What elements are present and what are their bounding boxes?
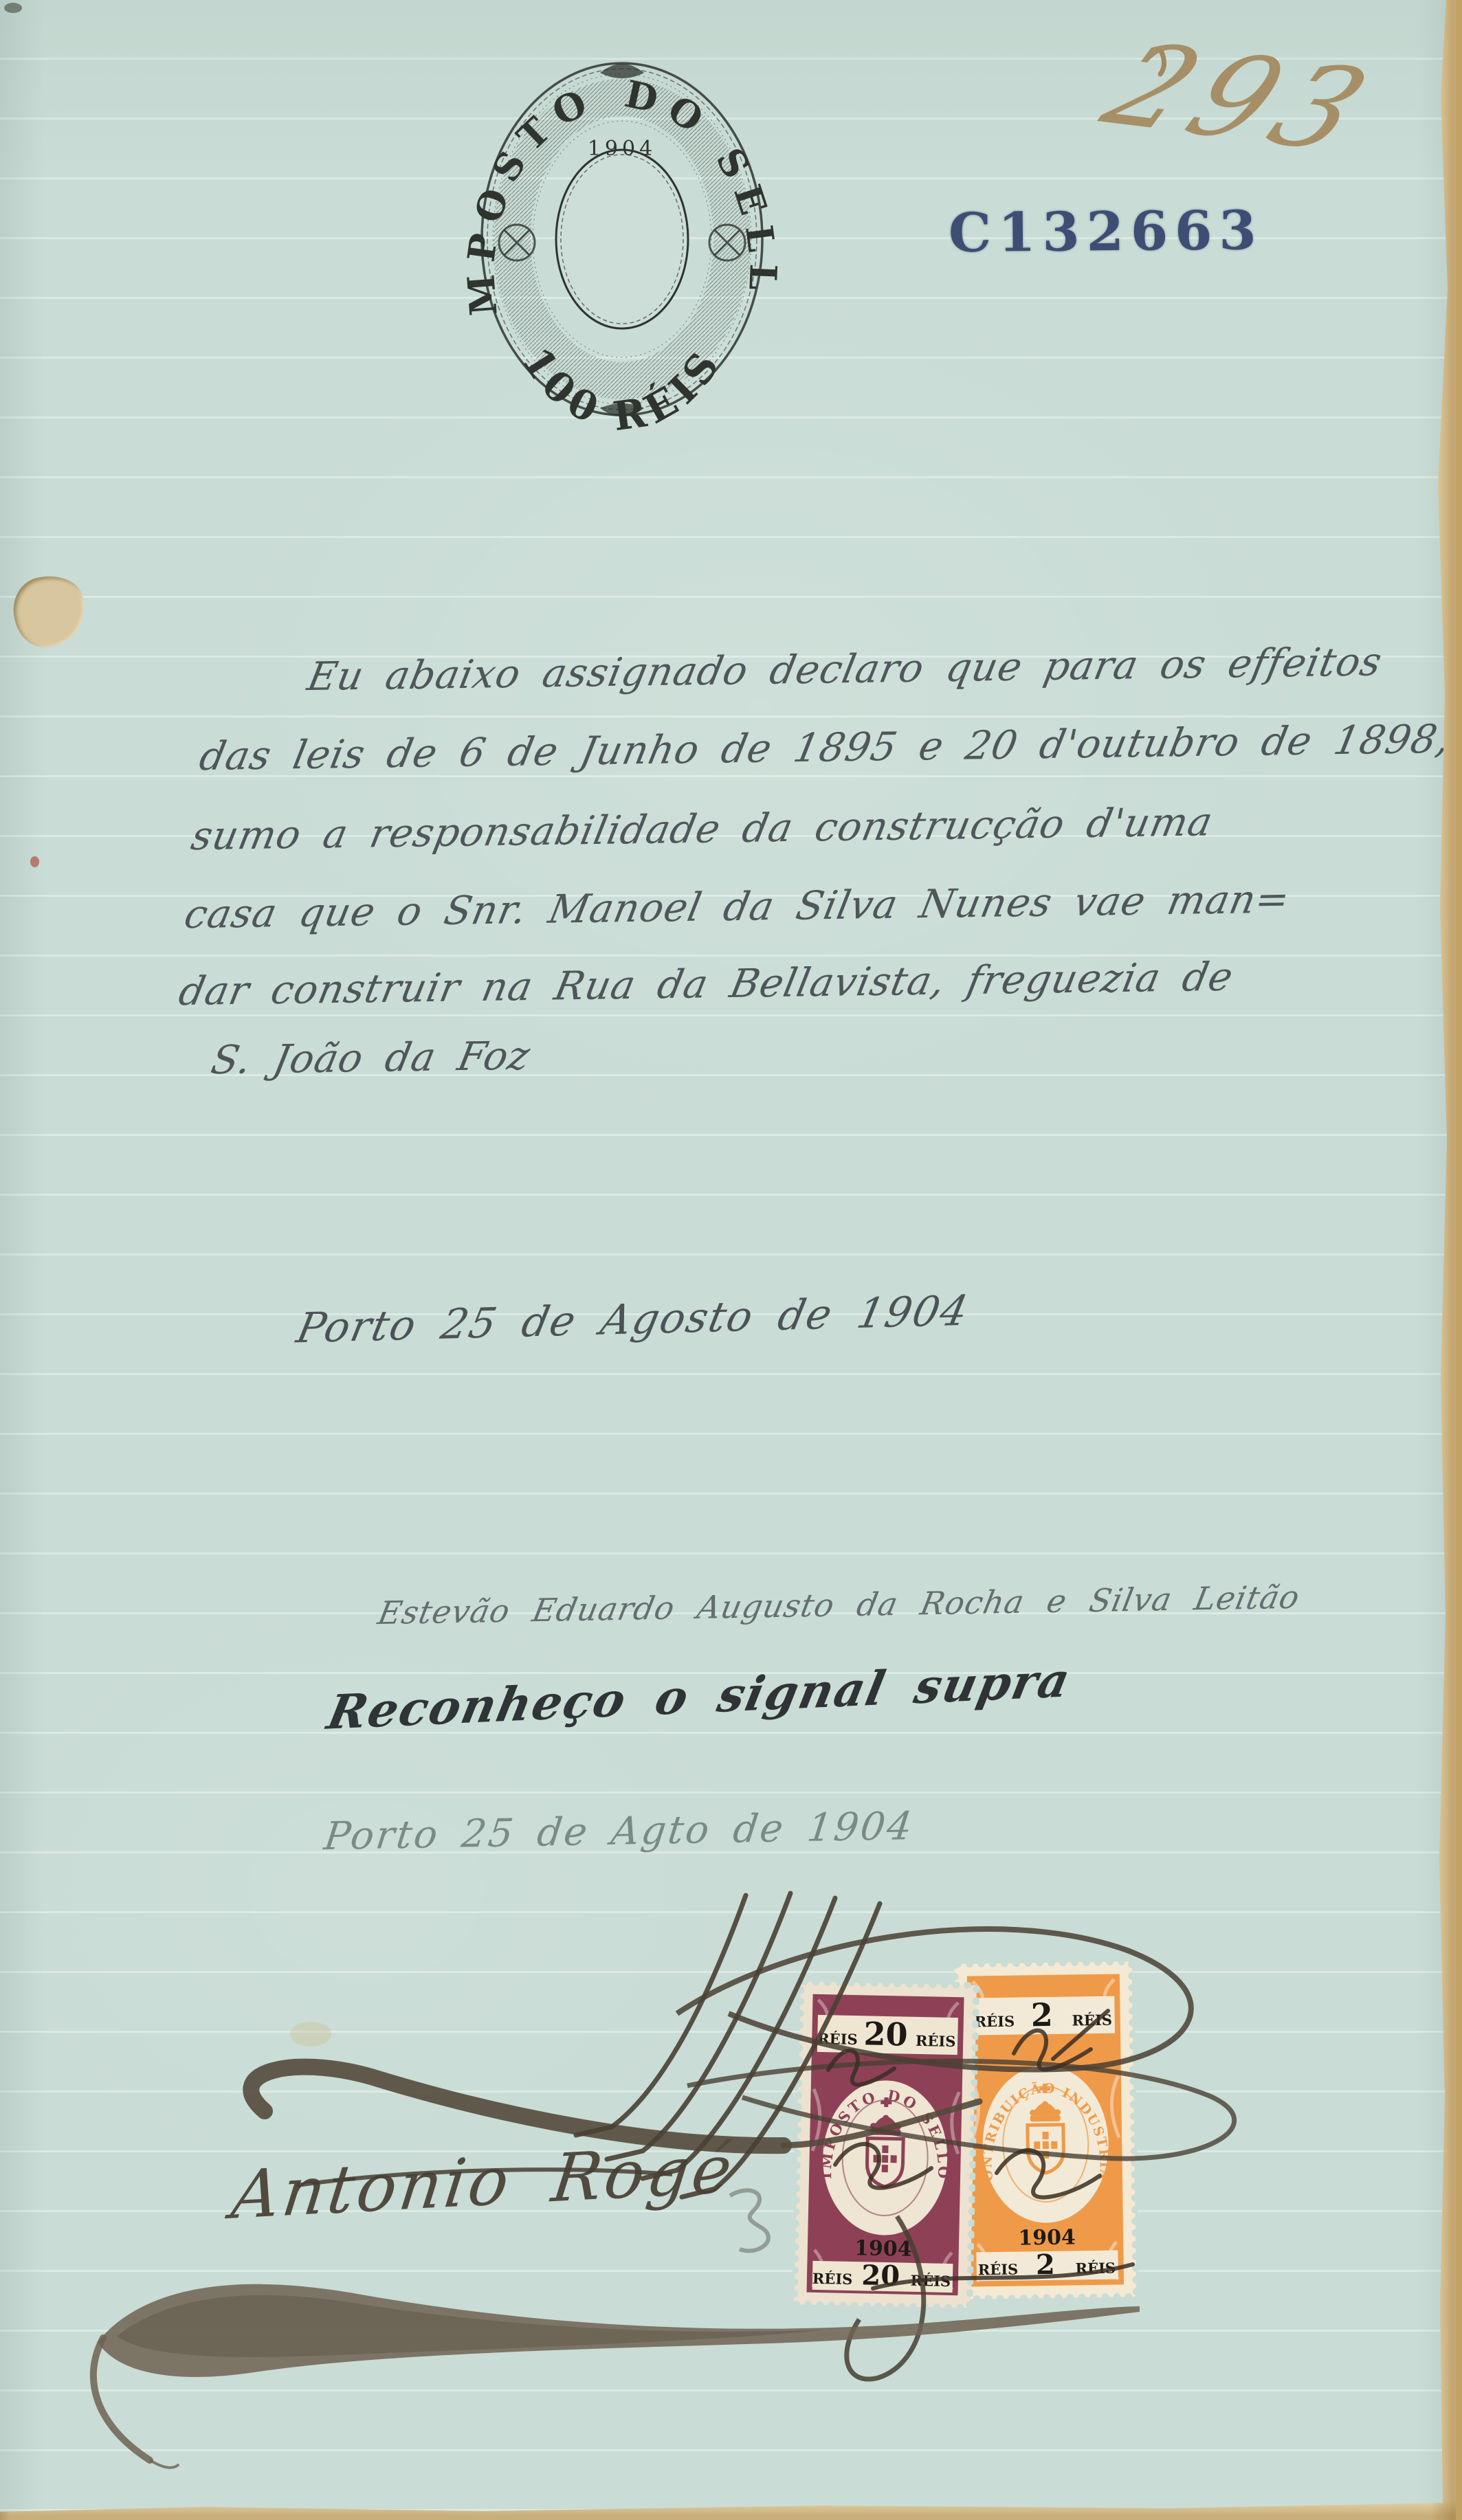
serial-number-stamp: C132663 [949, 199, 1263, 265]
stamp-value: 20 [861, 2259, 900, 2292]
declarant-signature: Estevão Eduardo Augusto da Rocha e Silva… [375, 1579, 1303, 1632]
embossed-tax-seal: IMPOSTO DO SELLO 1904 100 RÉIS [454, 33, 790, 434]
declaration-line: S. João da Foz [208, 1034, 534, 1084]
stamp-unit: RÉIS [978, 2261, 1019, 2279]
stamp-unit: RÉIS [975, 2013, 1015, 2031]
notary-date-stamp: Porto 25 de Agto de 1904 [322, 1804, 916, 1859]
notary-signature: Antonio Rogé [228, 2130, 739, 2234]
stamp-year: 1904 [1018, 2225, 1076, 2250]
scanned-document-page: IMPOSTO DO SELLO 1904 100 RÉIS 293 C1326… [0, 0, 1462, 2520]
stamp-value: 2 [1030, 1996, 1053, 2033]
stamp-unit: RÉIS [1075, 2260, 1116, 2277]
notary-recognition-note: Reconheço o signal supra [323, 1653, 1076, 1741]
paper-sheet: IMPOSTO DO SELLO 1904 100 RÉIS 293 C1326… [0, 0, 1462, 2520]
stamp-unit: RÉIS [817, 2030, 858, 2048]
declaration-dateline: Porto 25 de Agosto de 1904 [293, 1286, 973, 1352]
folio-number: 293 [1084, 19, 1397, 177]
stamp-value: 20 [863, 2015, 908, 2053]
seal-year: 1904 [588, 137, 656, 161]
tax-seal-icon: IMPOSTO DO SELLO 1904 100 RÉIS [454, 33, 790, 432]
declaration-line: casa que o Snr. Manoel da Silva Nunes va… [181, 877, 1294, 938]
stamp-unit: RÉIS [916, 2032, 956, 2050]
stamp-unit: RÉIS [910, 2272, 951, 2290]
revenue-stamp-2-reis: RÉIS 2 RÉIS CONTRIBUIÇÃO INDUSTRIAL [952, 1959, 1140, 2305]
revenue-stamp-20-reis: RÉIS 20 RÉIS IMPOSTO DO SELLO [791, 1978, 979, 2313]
declaration-line: Eu abaixo assignado declaro que para os … [304, 639, 1386, 700]
paper-tear [6, 568, 93, 654]
declaration-line: dar construir na Rua da Bellavista, freg… [175, 955, 1237, 1015]
declaration-line: das leis de 6 de Junho de 1895 e 20 d'ou… [196, 715, 1462, 780]
stamp-unit: RÉIS [1072, 2011, 1112, 2029]
red-speck [30, 856, 39, 867]
stamp-value: 2 [1036, 2249, 1055, 2281]
declaration-line: sumo a responsabilidade da construcção d… [188, 799, 1217, 859]
stamp-unit: RÉIS [812, 2270, 853, 2288]
edge-speck [4, 3, 22, 13]
stamp-year: 1904 [854, 2236, 912, 2262]
